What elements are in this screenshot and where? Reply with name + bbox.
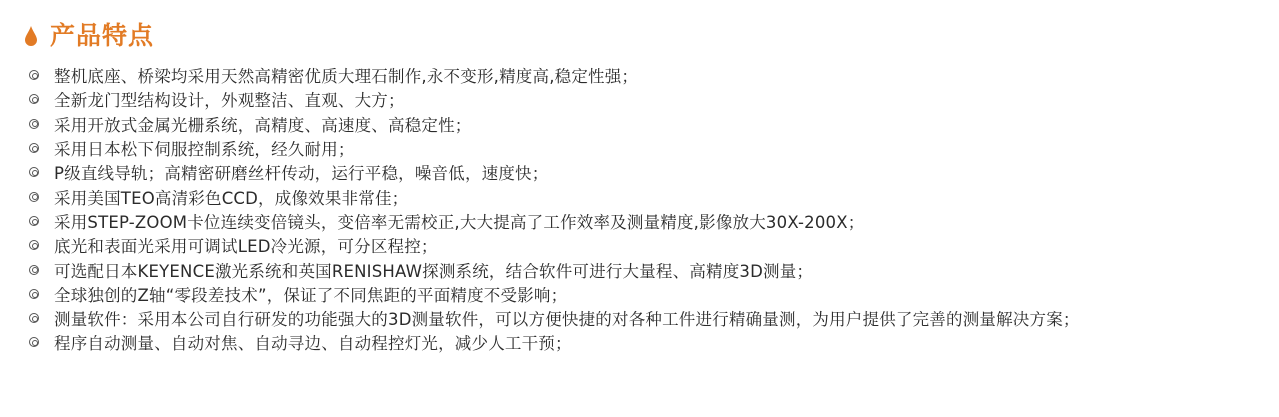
double-circle-bullet-icon — [29, 70, 39, 80]
feature-text: 整机底座、桥梁均采用天然高精密优质大理石制作,永不变形,精度高,稳定性强； — [54, 63, 638, 87]
feature-item: 采用STEP-ZOOM卡位连续变倍镜头，变倍率无需校正,大大提高了工作效率及测量… — [28, 209, 1080, 233]
section-header: 产品特点 — [24, 18, 154, 54]
feature-text: 程序自动测量、自动对焦、自动寻边、自动程控灯光，减少人工干预； — [54, 330, 572, 354]
feature-item: 整机底座、桥梁均采用天然高精密优质大理石制作,永不变形,精度高,稳定性强； — [28, 63, 1080, 87]
feature-item: 采用开放式金属光栅系统，高精度、高速度、高稳定性； — [28, 112, 1080, 136]
feature-text: 全球独创的Z轴“零段差技术”，保证了不同焦距的平面精度不受影响； — [54, 282, 567, 306]
double-circle-bullet-icon — [29, 94, 39, 104]
feature-text: 采用日本松下伺服控制系统，经久耐用； — [54, 136, 355, 160]
feature-text: 全新龙门型结构设计，外观整洁、直观、大方； — [54, 87, 405, 111]
double-circle-bullet-icon — [29, 143, 39, 153]
feature-item: 采用日本松下伺服控制系统，经久耐用； — [28, 136, 1080, 160]
double-circle-bullet-icon — [29, 216, 39, 226]
feature-item: 全球独创的Z轴“零段差技术”，保证了不同焦距的平面精度不受影响； — [28, 282, 1080, 306]
double-circle-bullet-icon — [29, 265, 39, 275]
feature-item: 测量软件：采用本公司自行研发的功能强大的3D测量软件，可以方便快捷的对各种工件进… — [28, 306, 1080, 330]
feature-text: P级直线导轨；高精密研磨丝杆传动，运行平稳，噪音低，速度快； — [54, 160, 548, 184]
feature-text: 采用开放式金属光栅系统，高精度、高速度、高稳定性； — [54, 112, 472, 136]
feature-text: 采用美国TEO高清彩色CCD，成像效果非常佳； — [54, 185, 408, 209]
feature-item: P级直线导轨；高精密研磨丝杆传动，运行平稳，噪音低，速度快； — [28, 160, 1080, 184]
double-circle-bullet-icon — [29, 167, 39, 177]
double-circle-bullet-icon — [29, 313, 39, 323]
feature-item: 可选配日本KEYENCE激光系统和英国RENISHAW探测系统，结合软件可进行大… — [28, 257, 1080, 281]
section-title: 产品特点 — [50, 18, 154, 54]
feature-list: 整机底座、桥梁均采用天然高精密优质大理石制作,永不变形,精度高,稳定性强； 全新… — [28, 63, 1080, 355]
feature-text: 测量软件：采用本公司自行研发的功能强大的3D测量软件，可以方便快捷的对各种工件进… — [54, 306, 1080, 330]
feature-item: 全新龙门型结构设计，外观整洁、直观、大方； — [28, 87, 1080, 111]
double-circle-bullet-icon — [29, 337, 39, 347]
water-drop-icon — [24, 25, 38, 47]
feature-text: 采用STEP-ZOOM卡位连续变倍镜头，变倍率无需校正,大大提高了工作效率及测量… — [54, 209, 864, 233]
feature-item: 采用美国TEO高清彩色CCD，成像效果非常佳； — [28, 184, 1080, 208]
feature-text: 底光和表面光采用可调试LED冷光源，可分区程控； — [54, 233, 438, 257]
double-circle-bullet-icon — [29, 119, 39, 129]
double-circle-bullet-icon — [29, 192, 39, 202]
double-circle-bullet-icon — [29, 240, 39, 250]
feature-item: 程序自动测量、自动对焦、自动寻边、自动程控灯光，减少人工干预； — [28, 330, 1080, 354]
double-circle-bullet-icon — [29, 289, 39, 299]
feature-item: 底光和表面光采用可调试LED冷光源，可分区程控； — [28, 233, 1080, 257]
feature-text: 可选配日本KEYENCE激光系统和英国RENISHAW探测系统，结合软件可进行大… — [54, 258, 813, 282]
